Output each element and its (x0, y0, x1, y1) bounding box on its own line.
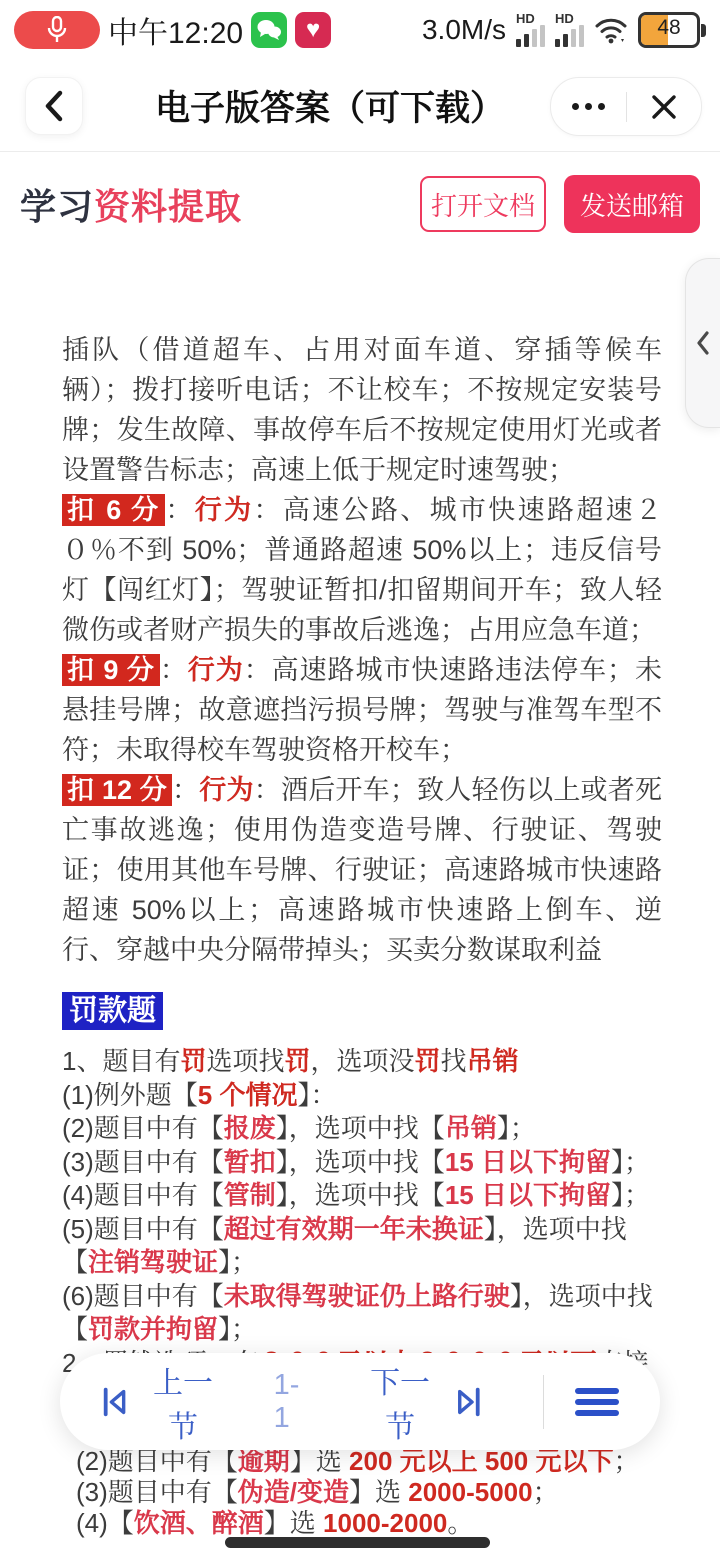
text-segment: 吊销 (467, 1046, 519, 1076)
paragraph-deduct-6: 扣 6 分：行为：高速公路、城市快速路超速２０％不到 50%；普通路超速 50%… (62, 490, 662, 650)
text-segment: 伪造/变造 (238, 1477, 349, 1507)
document-content: 插队（借道超车、占用对面车道、穿插等候车辆）；拨打接听电话；不让校车；不按规定安… (62, 330, 662, 1414)
text-segment: 扣 6 分 (62, 494, 165, 526)
dot (572, 103, 579, 110)
prev-section-button[interactable]: 上一节 (100, 1358, 226, 1446)
text-segment: 1000-2000 (323, 1508, 447, 1538)
text-segment: 插队（借道超车、占用对面车道、穿插等候车辆）；拨打接听电话；不让校车；不按规定安… (62, 335, 662, 485)
text-segment: 行为 (195, 495, 254, 525)
text-segment: ； (533, 1477, 559, 1507)
text-segment: 逾期 (238, 1446, 290, 1476)
list-item: (5)题目中有【超过有效期一年未换证】，选项中找【注销驾驶证】； (62, 1213, 662, 1280)
text-segment: 找 (441, 1046, 467, 1076)
logo-text-dark: 学习 (20, 186, 94, 227)
microphone-recording-pill[interactable] (14, 11, 100, 49)
status-bar-left: 中午12:20 ♥ (14, 8, 331, 52)
text-segment: ： (160, 655, 188, 685)
text-segment: 未取得驾驶证仍上路行驶 (224, 1281, 510, 1311)
text-segment: (4)题目中有【 (62, 1180, 224, 1210)
text-segment: (2)题目中有【 (62, 1113, 224, 1143)
text-segment: 罚 (180, 1046, 206, 1076)
text-segment: (4)【 (76, 1508, 134, 1538)
text-segment: 】选 (290, 1446, 349, 1476)
list-item: 1、题目有罚选项找罚，选项没罚找吊销 (62, 1045, 662, 1079)
list-item: (1)例外题【5 个情况】： (62, 1079, 662, 1113)
text-segment: (3)题目中有【 (62, 1147, 224, 1177)
list-item: (4)【饮酒、醉酒】选 1000-2000。 (76, 1508, 690, 1539)
next-section-label: 下一节 (357, 1358, 442, 1446)
text-segment: 报废 (224, 1113, 276, 1143)
paragraph-deduct-9: 扣 9 分：行为：高速路城市快速路违法停车；未悬挂号牌；故意遮挡污损号牌；驾驶与… (62, 650, 662, 770)
skip-next-icon (455, 1385, 483, 1419)
text-segment: (2)题目中有【 (76, 1446, 238, 1476)
miniprogram-capsule (550, 77, 702, 136)
back-button[interactable] (25, 77, 83, 135)
text-segment: 】选 (264, 1508, 323, 1538)
paragraph-deduct-12: 扣 12 分：行为：酒后开车；致人轻伤以上或者死亡事故逃逸；使用伪造变造号牌、行… (62, 770, 662, 970)
prev-section-label: 上一节 (140, 1358, 225, 1446)
text-segment: 15 日以下拘留 (445, 1180, 611, 1210)
text-segment: 暂扣 (224, 1147, 276, 1177)
cellular-signal-icon-1: HD (516, 13, 545, 47)
text-segment: 行为 (199, 775, 253, 805)
text-segment: 15 日以下拘留 (445, 1147, 611, 1177)
text-segment: 】，选项中找【 (276, 1147, 445, 1177)
text-segment: ： (165, 495, 194, 525)
battery-nub (701, 24, 706, 37)
text-segment: 罚 (415, 1046, 441, 1076)
text-segment: 注销驾驶证 (88, 1247, 218, 1277)
text-segment: 行为 (188, 655, 244, 685)
cellular-signal-icon-2: HD (555, 13, 584, 47)
network-speed: 3.0M/s (422, 14, 506, 46)
text-segment: 】； (497, 1113, 536, 1143)
dot (598, 103, 605, 110)
page-title: 电子版答案（可下载） (120, 60, 540, 151)
chevron-left-icon (44, 90, 64, 122)
text-segment: ； (613, 1446, 639, 1476)
nav-bar: 电子版答案（可下载） (0, 60, 720, 151)
close-button[interactable] (627, 78, 702, 135)
text-segment: (1)例外题【 (62, 1080, 198, 1110)
text-segment: 】选 (349, 1477, 408, 1507)
text-segment: 】； (218, 1314, 257, 1344)
text-segment: 管制 (224, 1180, 276, 1210)
chevron-left-icon (696, 331, 710, 355)
text-segment: 5 个情况 (198, 1080, 298, 1110)
pill-divider (543, 1375, 544, 1429)
drawer-handle[interactable] (685, 258, 720, 428)
close-icon (650, 93, 678, 121)
signal-bars (516, 25, 545, 47)
text-segment: (6)题目中有【 (62, 1281, 224, 1311)
wifi-icon (594, 15, 628, 45)
dot (585, 103, 592, 110)
status-time: 中午12:20 (108, 8, 243, 52)
signal-bars (555, 25, 584, 47)
list-item: (3)题目中有【伪造/变造】选 2000-5000； (76, 1477, 690, 1508)
app-logo: 学习资料提取 (20, 179, 242, 230)
section-indicator: 1-1 (274, 1369, 314, 1435)
text-segment: 扣 12 分 (62, 774, 172, 806)
heart-app-icon: ♥ (295, 12, 331, 48)
text-segment: 】： (297, 1080, 336, 1110)
text-segment: 1、题目有 (62, 1046, 180, 1076)
home-indicator[interactable] (225, 1537, 490, 1548)
list-item: (2)题目中有【报废】，选项中找【吊销】； (62, 1112, 662, 1146)
open-doc-button[interactable]: 打开文档 (420, 176, 546, 232)
battery-icon: 48 (638, 12, 706, 48)
status-bar-right: 3.0M/s HD HD 48 (422, 12, 706, 48)
list-item: (2)题目中有【逾期】选 200 元以上 500 元以下； (76, 1446, 690, 1477)
text-segment: (5)题目中有【 (62, 1214, 224, 1244)
skip-previous-icon (100, 1385, 128, 1419)
logo-text-red: 资料提取 (94, 186, 242, 227)
next-section-button[interactable]: 下一节 (357, 1358, 483, 1446)
text-segment: 】，选项中找【 (276, 1180, 445, 1210)
text-segment: ，选项没 (311, 1046, 415, 1076)
microphone-icon (46, 16, 68, 44)
text-segment: 罚 (285, 1046, 311, 1076)
list-item: (6)题目中有【未取得驾驶证仍上路行驶】，选项中找【罚款并拘留】； (62, 1280, 662, 1347)
hd-badge: HD (555, 13, 574, 25)
list-item: (3)题目中有【暂扣】，选项中找【15 日以下拘留】； (62, 1146, 662, 1180)
list-item: (4)题目中有【管制】，选项中找【15 日以下拘留】； (62, 1179, 662, 1213)
text-segment: 扣 9 分 (62, 654, 160, 686)
text-segment: 】； (611, 1180, 650, 1210)
text-segment: 罚款并拘留 (88, 1314, 218, 1344)
nav-divider (0, 151, 720, 152)
wechat-bubbles-glyph (256, 18, 282, 42)
status-bar: 中午12:20 ♥ 3.0M/s HD HD (0, 0, 720, 60)
text-segment: 】，选项中找【 (276, 1113, 445, 1143)
section-title-fine-questions: 罚款题 (62, 992, 163, 1030)
text-segment: 200 元以上 500 元以下 (349, 1446, 613, 1476)
send-email-button[interactable]: 发送邮箱 (564, 175, 700, 233)
text-segment: 。 (447, 1508, 473, 1538)
menu-button[interactable] (574, 1385, 620, 1419)
text-segment: 吊销 (445, 1113, 497, 1143)
text-segment: 2000-5000 (408, 1477, 532, 1507)
bottom-nav: 上一节 1-1 下一节 (60, 1353, 660, 1450)
text-segment: (3)题目中有【 (76, 1477, 238, 1507)
battery-body: 48 (638, 12, 700, 48)
wechat-icon (251, 12, 287, 48)
text-segment: 超过有效期一年未换证 (224, 1214, 484, 1244)
paragraph-deduction-intro: 插队（借道超车、占用对面车道、穿插等候车辆）；拨打接听电话；不让校车；不按规定安… (62, 330, 662, 490)
text-segment: 选项找 (206, 1046, 284, 1076)
battery-percent: 48 (641, 16, 697, 40)
toolbar: 学习资料提取 打开文档 发送邮箱 (0, 163, 720, 245)
scrolled-text-below: (2)题目中有【逾期】选 200 元以上 500 元以下； (3)题目中有【伪造… (76, 1446, 690, 1539)
hamburger-icon (574, 1385, 620, 1419)
hd-badge: HD (516, 13, 535, 25)
more-button[interactable] (551, 78, 626, 135)
text-segment: 】； (611, 1147, 650, 1177)
text-segment: ： (172, 775, 199, 805)
text-segment: 】； (218, 1247, 257, 1277)
toolbar-actions: 打开文档 发送邮箱 (420, 175, 700, 233)
section-title-row: 罚款题 (62, 988, 662, 1029)
screen: 中午12:20 ♥ 3.0M/s HD HD (0, 0, 720, 1560)
text-segment: 饮酒、醉酒 (134, 1508, 264, 1538)
